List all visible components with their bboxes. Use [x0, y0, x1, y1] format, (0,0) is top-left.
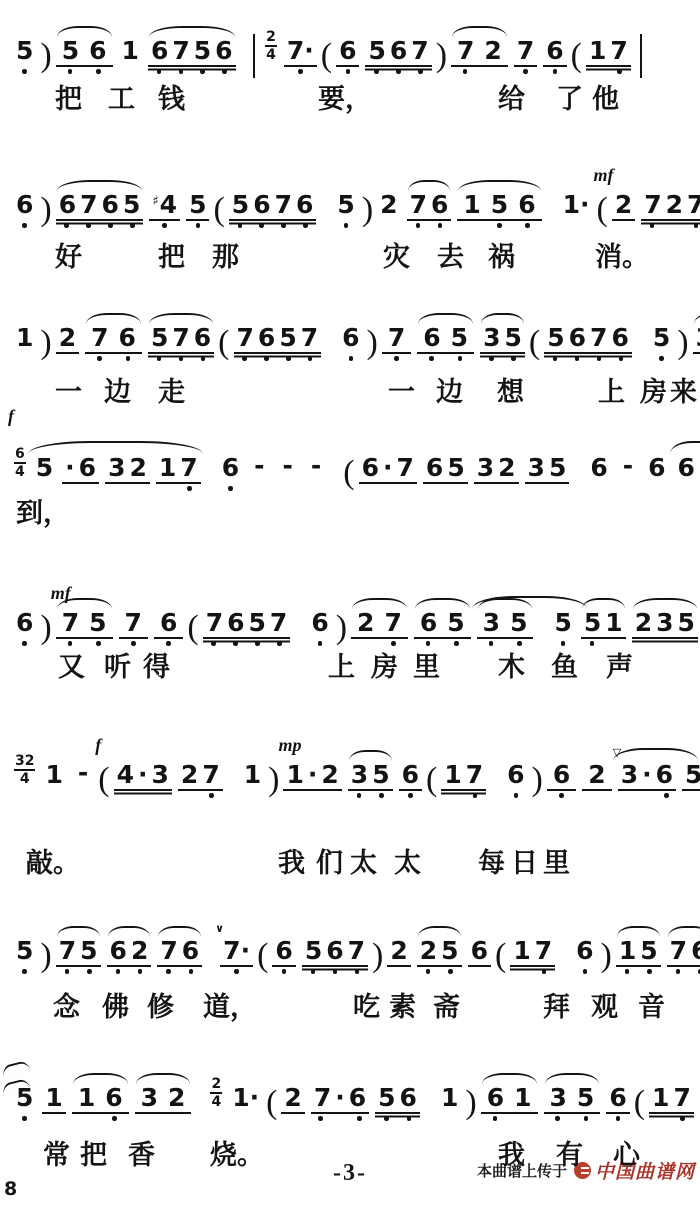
octave-dot-slot — [299, 356, 321, 361]
low-octave-dot — [166, 969, 171, 974]
octave-dot-slot — [693, 356, 700, 361]
octave-dot-slot — [502, 356, 524, 361]
note-digit: 2 — [388, 938, 409, 963]
note-digits: 76 — [667, 938, 700, 968]
time-signature: 24 — [265, 30, 277, 62]
lyric-syllable: 太 — [350, 848, 377, 879]
octave-dot-slot — [618, 793, 637, 798]
time-signature-top: 32 — [14, 754, 35, 771]
note-digit: 6 — [273, 938, 294, 963]
dash-note: - — [311, 451, 321, 485]
note-digits: 7·6 — [311, 1085, 369, 1115]
note-group: 37 — [693, 323, 700, 355]
note-digits: 5 — [33, 455, 56, 485]
note-digit: 5 — [445, 455, 466, 480]
note-digits: 1 — [438, 1085, 461, 1115]
octave-dot-slot — [439, 969, 461, 974]
note-digits: 6765 — [56, 192, 144, 222]
lyric-syllable: 日 — [511, 848, 538, 879]
note-digit: 3 — [150, 762, 171, 787]
low-octave-dot — [318, 641, 323, 646]
note-digit: 6 — [574, 938, 595, 963]
octave-dot-slot — [339, 356, 362, 361]
parenthesis: ) — [465, 1086, 476, 1120]
octave-dots-row — [13, 641, 36, 646]
note-group: 5 — [13, 936, 36, 968]
note-digits: 27 — [178, 762, 223, 792]
note-group: 2 — [377, 190, 400, 222]
note-digits: 6 — [13, 192, 36, 222]
octave-dots-row — [481, 1116, 538, 1121]
note-digit: 6 — [149, 38, 170, 63]
note-group: 7· — [220, 936, 253, 968]
note-group: 7·6 — [311, 1083, 369, 1115]
note-digit: 6 — [77, 455, 98, 480]
dynamic-mark: mp — [278, 735, 301, 756]
note-digit: 1 — [617, 938, 638, 963]
low-octave-dot — [228, 486, 233, 491]
octave-dot-slot — [13, 969, 36, 974]
octave-dots-row — [220, 969, 253, 974]
octave-dot-slot — [324, 969, 346, 974]
parenthesis: ( — [597, 193, 608, 227]
octave-dot-slot — [149, 223, 180, 228]
note-digits: 35 — [544, 1085, 601, 1115]
note-group: 7276 — [641, 190, 700, 222]
octave-dot-slot — [121, 223, 143, 228]
dynamic-mark: mf — [594, 165, 614, 186]
low-octave-dot — [379, 793, 384, 798]
parenthesis: ( — [529, 326, 540, 360]
parenthesis: ( — [321, 39, 332, 73]
lyric-syllable: 把 — [80, 1140, 107, 1171]
note-digits: 72 — [451, 38, 508, 68]
note-digit: 7 — [409, 38, 430, 63]
note-digit: 3 — [478, 610, 505, 635]
octave-dot-slot — [551, 641, 574, 646]
note-digit: 2 — [613, 192, 634, 217]
octave-dots-row — [339, 356, 362, 361]
octave-dot-slot — [365, 69, 387, 74]
lyric-syllable: 走 — [158, 377, 185, 408]
parenthesis: ( — [266, 1086, 277, 1120]
octave-dots-row — [417, 969, 462, 974]
time-signature-bottom: 4 — [20, 772, 30, 786]
octave-dot-slot — [302, 969, 324, 974]
note-group: 62 — [107, 936, 152, 968]
note-group: 567 — [302, 936, 368, 968]
note-group: 6765 — [56, 190, 144, 222]
octave-dots-row — [311, 1116, 369, 1121]
parenthesis: ( — [218, 326, 229, 360]
note-digits: 2 — [387, 938, 410, 968]
note-digit: 1 — [509, 1085, 536, 1110]
lyric-syllable: 有 — [556, 1140, 583, 1171]
note-group: 17 — [510, 936, 555, 968]
lyric-syllable: 太 — [394, 848, 421, 879]
low-octave-dot — [138, 969, 143, 974]
lyric-syllable: 常 — [43, 1140, 70, 1171]
octave-dot-slot — [350, 1116, 369, 1121]
low-octave-dot — [166, 641, 171, 646]
octave-dot-slot — [441, 793, 463, 798]
time-signature-top: 2 — [265, 30, 277, 47]
note-digit: 6 — [482, 1085, 509, 1110]
lyric-syllable: 一 — [55, 377, 82, 408]
note-group: 6 — [468, 936, 491, 968]
note-group: 35 — [480, 323, 525, 355]
low-octave-dot — [489, 356, 494, 361]
note-digits: 17 — [156, 455, 201, 485]
lyric-syllable: 把 — [55, 84, 82, 115]
octave-dots-row — [154, 641, 183, 646]
low-octave-dot — [517, 641, 522, 646]
octave-dots-row — [649, 1116, 694, 1121]
note-digit: 7 — [86, 325, 113, 350]
low-octave-dot — [86, 223, 91, 228]
note-digit: 7 — [588, 325, 609, 350]
note-group: 25 — [417, 936, 462, 968]
low-octave-dot — [542, 969, 547, 974]
note-digit: 7· — [221, 938, 252, 963]
note-digit: 7 — [383, 325, 410, 350]
octave-dots-row — [148, 69, 236, 74]
lyric-syllable: 们 — [316, 848, 343, 879]
lyric-syllable: 灾 — [383, 242, 410, 273]
note-group: 16 — [72, 1083, 129, 1115]
octave-dots-row — [234, 356, 322, 361]
note-digit: 6 — [415, 610, 442, 635]
note-group: 156 — [457, 190, 541, 222]
note-group: 567 — [365, 36, 431, 68]
lyric-syllable: 我 — [278, 848, 305, 879]
note-digit: 3 — [694, 325, 700, 350]
octave-dots-row — [375, 1116, 420, 1121]
note-digits: 6 — [308, 610, 331, 640]
note-digits: 5676 — [229, 192, 317, 222]
note-digit: 7 — [379, 610, 406, 635]
note-group: 2 — [612, 190, 635, 222]
octave-dots-row — [186, 223, 209, 228]
low-octave-dot — [97, 356, 102, 361]
note-digits: 5676 — [544, 325, 632, 355]
octave-dot-slot — [451, 69, 479, 74]
octave-dots-row — [693, 356, 700, 361]
note-digit: 2 — [583, 762, 610, 787]
note-group: 7 — [514, 36, 537, 68]
octave-dot-slot — [637, 793, 656, 798]
low-octave-dot — [22, 223, 27, 228]
note-digits: 7 — [382, 325, 411, 355]
note-digit: 6 — [57, 192, 78, 217]
note-digits: 35 — [480, 325, 525, 355]
low-octave-dot — [259, 223, 264, 228]
low-octave-dot — [96, 641, 101, 646]
octave-dot-slot — [685, 223, 700, 228]
note-digit: 3 — [136, 1085, 163, 1110]
note-group: 6 — [504, 760, 527, 792]
note-digits: 3·6 — [618, 762, 676, 792]
lyric-syllable: 又 — [58, 652, 85, 683]
octave-dots-row — [272, 969, 295, 974]
note-digit: 1 — [120, 38, 141, 63]
octave-dot-slot — [178, 486, 200, 491]
lyric-syllable: 敲。 — [26, 848, 80, 879]
low-octave-dot — [233, 641, 238, 646]
octave-dot-slot — [504, 793, 527, 798]
note-digit: 6 — [294, 192, 315, 217]
note-digit: 5 — [638, 938, 659, 963]
note-digits: 75 — [56, 938, 101, 968]
note-digits: 32 — [135, 1085, 192, 1115]
octave-dot-slot — [547, 793, 576, 798]
note-digit: 5 — [442, 610, 469, 635]
note-digits: 567 — [302, 938, 368, 968]
lyric-syllable: 房 — [371, 652, 398, 683]
note-digits: 6 — [547, 762, 576, 792]
note-group: 2 — [281, 1083, 304, 1115]
note-group: 6 — [587, 453, 610, 485]
note-digit: 7 — [515, 38, 536, 63]
octave-dot-slot — [398, 1116, 420, 1121]
lyric-syllable: 里 — [413, 652, 440, 683]
note-group: 17 — [156, 453, 201, 485]
note-digit: 1 — [43, 1085, 64, 1110]
site-name: 中国曲谱网 — [595, 1157, 695, 1184]
octave-dot-slot — [114, 356, 142, 361]
note-group: 6756 — [148, 36, 236, 68]
low-octave-dot — [391, 641, 396, 646]
note-group: 7 — [119, 608, 148, 640]
note-digit: 7 — [685, 192, 700, 217]
low-octave-dot — [617, 69, 622, 74]
time-signature-bottom: 4 — [211, 1095, 221, 1109]
octave-dot-slot — [671, 1116, 693, 1121]
low-octave-dot — [357, 1116, 362, 1121]
octave-dot-slot — [272, 969, 295, 974]
parenthesis: ) — [336, 611, 347, 645]
note-digit: 7 — [464, 762, 485, 787]
lyric-syllable: 好 — [55, 242, 82, 273]
note-group: 6 — [573, 936, 596, 968]
octave-dots-row — [365, 69, 431, 74]
low-octave-dot — [281, 223, 286, 228]
note-digit: 5 — [247, 610, 268, 635]
low-octave-dot — [458, 356, 463, 361]
octave-dot-slot — [295, 223, 317, 228]
note-group: 5 — [334, 190, 357, 222]
note-digits: 6 — [504, 762, 527, 792]
octave-dots-row — [441, 793, 486, 798]
note-group: 7657 — [203, 608, 291, 640]
note-digit: 7 — [170, 325, 191, 350]
note-digit: 7 — [57, 938, 78, 963]
note-digit: 7 — [170, 38, 191, 63]
note-digits: 1· — [229, 1085, 262, 1115]
octave-dot-slot — [638, 969, 660, 974]
lyric-syllable: 鱼 — [551, 652, 578, 683]
note-digit: 2 — [352, 610, 379, 635]
note-digits: 16 — [72, 1085, 129, 1115]
note-digit: 6 — [398, 1085, 419, 1110]
octave-dot-slot — [148, 356, 170, 361]
tie-arc — [1, 1060, 31, 1078]
note-digit: 5 — [505, 610, 532, 635]
octave-dot-slot — [107, 969, 129, 974]
parenthesis: ( — [343, 456, 354, 490]
lyric-syllable: 工 — [108, 84, 135, 115]
note-group: 56 — [56, 36, 113, 68]
note-digits: 5 — [682, 762, 700, 792]
note-digits: 5 — [13, 938, 36, 968]
parenthesis: ) — [362, 193, 373, 227]
low-octave-dot — [349, 356, 354, 361]
lyric-syllable: 上 — [598, 377, 625, 408]
lyric-syllable: 祸 — [488, 242, 515, 273]
note-digit: 1 — [603, 610, 624, 635]
low-octave-dot — [418, 69, 423, 74]
low-octave-dot — [108, 223, 113, 228]
low-octave-dot — [277, 641, 282, 646]
note-digits: 1· — [560, 192, 593, 222]
octave-dots-row — [618, 793, 676, 798]
note-group: 5 — [186, 190, 209, 222]
note-digits: 7· — [220, 938, 253, 968]
note-digit: 3 — [526, 455, 547, 480]
time-signature: 64 — [14, 447, 26, 479]
note-group: 3·6 — [618, 760, 676, 792]
octave-dot-slot — [533, 969, 555, 974]
octave-dot-slot — [84, 641, 112, 646]
note-digit: 6 — [388, 38, 409, 63]
note-group: 6 — [645, 453, 668, 485]
octave-dot-slot — [330, 1116, 349, 1121]
octave-dots-row — [667, 969, 700, 974]
octave-dot-slot — [268, 641, 290, 646]
octave-dot-slot — [479, 69, 507, 74]
note-digit: 6 — [324, 938, 345, 963]
time-signature: 24 — [210, 1077, 222, 1109]
note-digit: 6 — [347, 1085, 368, 1110]
octave-dot-slot — [544, 356, 566, 361]
note-digit: 5 — [14, 38, 35, 63]
note-digit: 5 — [366, 38, 387, 63]
note-digit: 1 — [284, 762, 305, 787]
note-digit: 2 — [378, 192, 399, 217]
octave-dot-slot — [334, 223, 357, 228]
low-octave-dot — [255, 641, 260, 646]
octave-dot-slot — [510, 969, 532, 974]
note-digit: 7 — [120, 610, 147, 635]
note-digits: 61 — [481, 1085, 538, 1115]
low-octave-dot — [357, 793, 362, 798]
note-group: 5676 — [544, 323, 632, 355]
dash-note: - — [282, 451, 292, 485]
note-digit: 5 — [335, 192, 356, 217]
note-group: 6 — [219, 453, 242, 485]
note-digit: 6 — [220, 455, 241, 480]
note-group: 1 — [119, 36, 142, 68]
note-group: 6 — [675, 453, 698, 485]
note-digits: 5 — [13, 1085, 36, 1115]
note-group: 4·3 — [114, 760, 172, 792]
octave-dot-slot — [311, 1116, 330, 1121]
note-group: 15 — [616, 936, 661, 968]
note-digit: 2 — [664, 192, 685, 217]
note-group: 6 — [272, 936, 295, 968]
octave-dot-slot — [13, 641, 36, 646]
system-notes-row: 6)6765♯45(56765)2761561·mf(2727656 — [10, 186, 700, 222]
note-group: 51 — [581, 608, 626, 640]
octave-dots-row — [156, 486, 201, 491]
note-digit: 6 — [544, 38, 565, 63]
octave-dot-slot — [351, 641, 379, 646]
octave-dots-row — [308, 641, 331, 646]
dash-note: - — [254, 451, 264, 485]
system-notes-row: 6)mf7576(76576)2765355512356532 — [10, 604, 700, 640]
low-octave-dot — [426, 969, 431, 974]
note-digit: 1 — [242, 762, 263, 787]
parenthesis: ( — [213, 193, 224, 227]
note-digit: 6 — [108, 938, 129, 963]
octave-dot-slot — [544, 1116, 572, 1121]
note-digits: 7 — [119, 610, 148, 640]
octave-dot-slot — [667, 969, 689, 974]
note-digit: 5 — [34, 455, 55, 480]
note-group: 576 — [148, 323, 214, 355]
low-octave-dot — [264, 356, 269, 361]
note-group: 61 — [481, 1083, 538, 1115]
lyric-syllable: 要， — [318, 84, 372, 115]
note-digits: 6 — [13, 610, 36, 640]
note-digit: 7 — [668, 938, 689, 963]
system-notes-row: 5)5616756247·(6567)7276(17 — [10, 32, 700, 68]
note-digit: 7 — [273, 192, 294, 217]
note-digits: 6 — [219, 455, 242, 485]
note-digit: 7· — [285, 38, 316, 63]
note-digits: 56 — [56, 38, 113, 68]
note-digits: 5 — [186, 192, 209, 222]
note-digit: · — [63, 455, 77, 480]
octave-dot-slot — [442, 641, 470, 646]
note-digit: 5 — [57, 38, 84, 63]
octave-dot-slot — [214, 69, 236, 74]
octave-dot-slot — [273, 223, 295, 228]
note-group: 1 — [42, 760, 65, 792]
octave-dot-slot — [192, 356, 214, 361]
note-digit: · — [136, 762, 150, 787]
dynamic-mark: ∨ — [215, 922, 224, 935]
low-octave-dot — [22, 641, 27, 646]
lyric-syllable: 一 — [388, 377, 415, 408]
low-octave-dot — [116, 969, 121, 974]
octave-dots-row — [551, 641, 574, 646]
octave-dots-row — [13, 223, 36, 228]
low-octave-dot — [68, 69, 73, 74]
octave-dot-slot — [388, 69, 410, 74]
parenthesis: ) — [268, 763, 279, 797]
lyric-syllable: 想 — [497, 377, 524, 408]
note-group: 76 — [407, 190, 452, 222]
note-digits: 6 — [154, 610, 183, 640]
low-octave-dot — [463, 69, 468, 74]
octave-dot-slot — [414, 641, 442, 646]
parenthesis: ( — [634, 1086, 645, 1120]
note-group: 56 — [375, 1083, 420, 1115]
note-digit: 6 — [114, 325, 141, 350]
low-octave-dot — [179, 356, 184, 361]
low-octave-dot — [282, 969, 287, 974]
